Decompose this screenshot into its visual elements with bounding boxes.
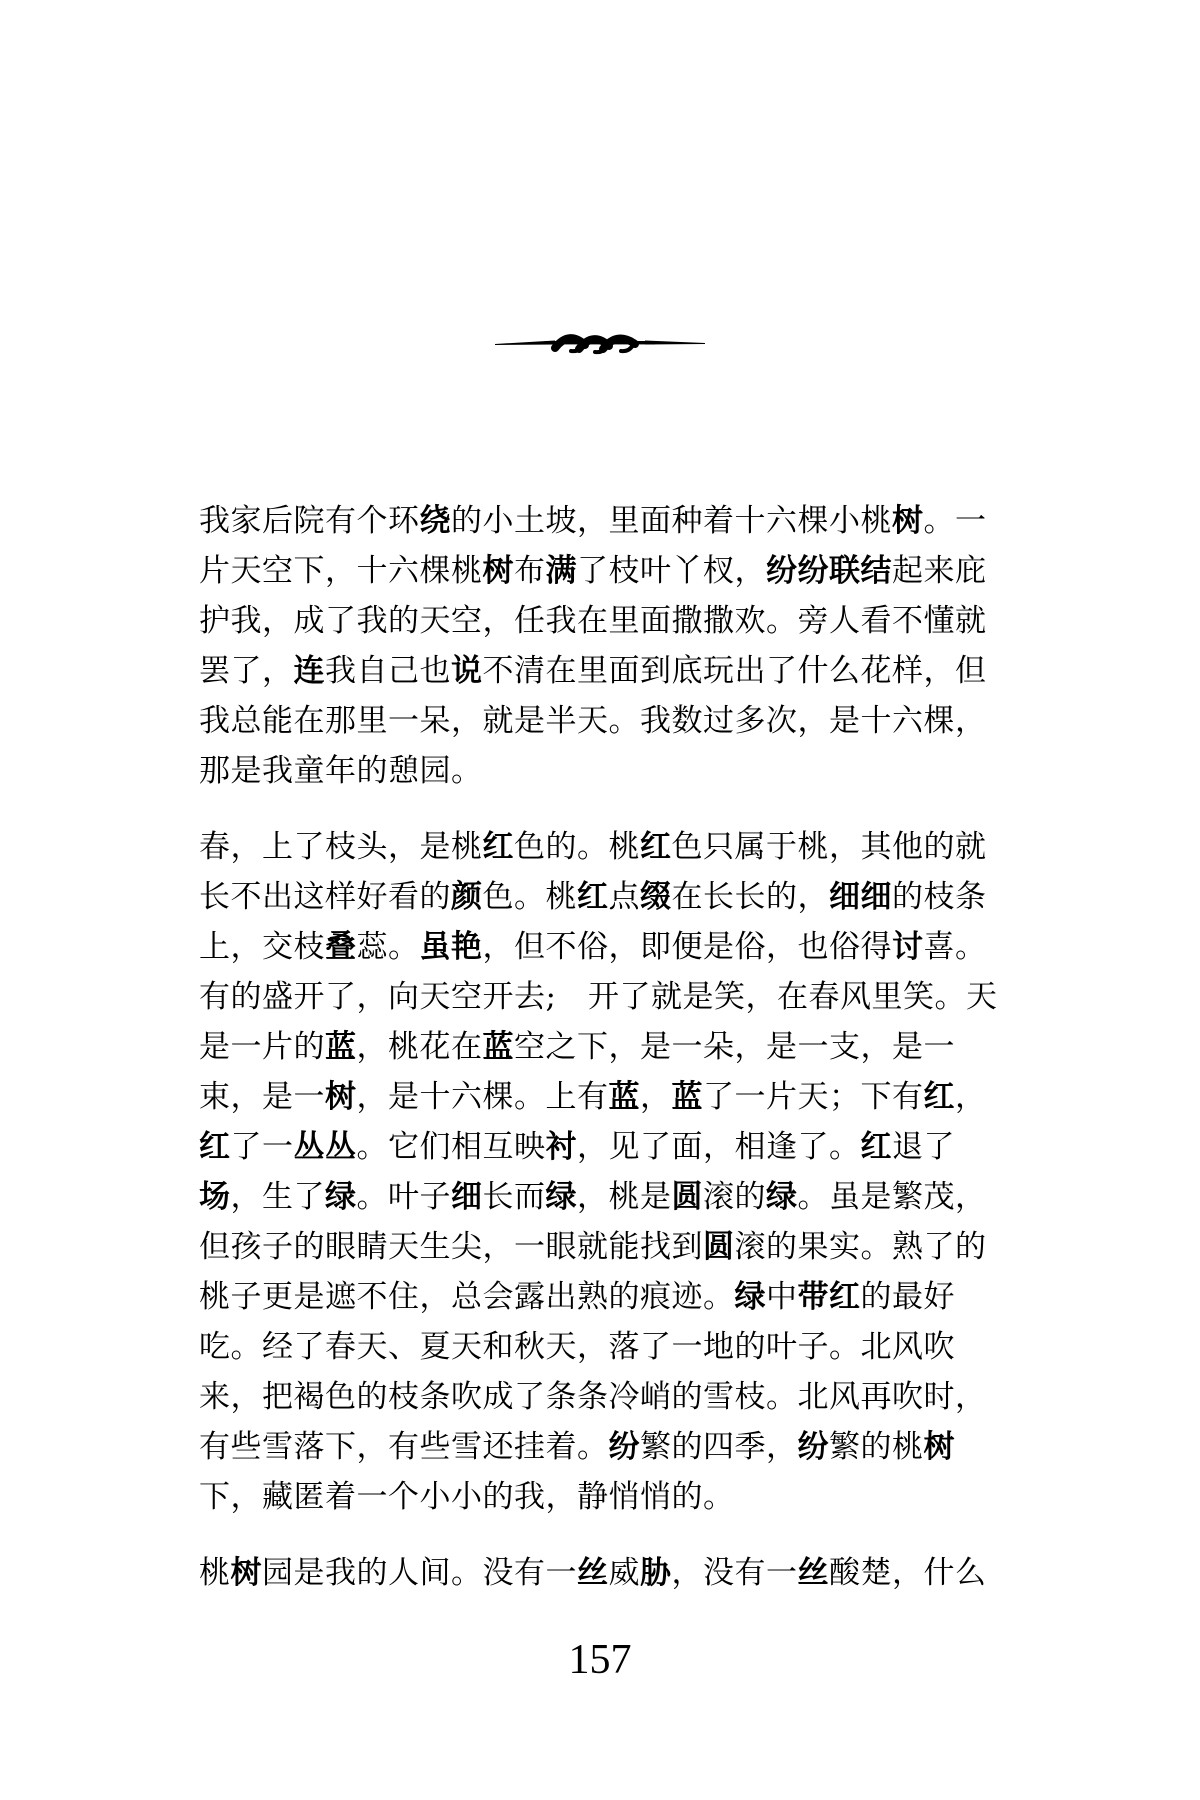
text-segment: ， bbox=[955, 1079, 987, 1115]
text-segment: 长而 bbox=[483, 1179, 546, 1215]
text-segment: 滚的 bbox=[703, 1179, 766, 1215]
text-segment: 那是我童年的憩园。 bbox=[199, 753, 483, 789]
rope-divider-icon bbox=[495, 328, 705, 358]
text-segment-bold: 讨 bbox=[892, 929, 924, 965]
text-segment: 威 bbox=[609, 1555, 641, 1591]
text-segment: 片天空下，十六棵桃 bbox=[199, 553, 483, 589]
text-segment: ，桃花在 bbox=[357, 1029, 483, 1065]
text-segment-bold: 绿 bbox=[546, 1179, 578, 1215]
text-segment-bold: 红 bbox=[577, 879, 609, 915]
text-segment: 起来庇 bbox=[892, 553, 987, 589]
text-segment: 我自己也 bbox=[325, 653, 451, 689]
text-segment-bold: 绕 bbox=[420, 503, 452, 539]
text-segment: 有些雪落下，有些雪还挂着。 bbox=[199, 1429, 609, 1465]
text-segment: ，生了 bbox=[231, 1179, 326, 1215]
text-segment-bold: 细细 bbox=[829, 879, 892, 915]
text-segment-bold: 树 bbox=[483, 553, 515, 589]
text-segment: 我总能在那里一呆，就是半天。我数过多次，是十六棵， bbox=[199, 703, 987, 739]
text-segment-bold: 丝 bbox=[798, 1555, 830, 1591]
text-segment: ，但不俗，即便是俗，也俗得 bbox=[483, 929, 893, 965]
text-segment: ，见了面，相逢了。 bbox=[577, 1129, 861, 1165]
text-segment: 了一 bbox=[231, 1129, 294, 1165]
text-segment-bold: 红 bbox=[861, 1129, 893, 1165]
text-segment-bold: 带红 bbox=[798, 1279, 861, 1315]
text-segment: 上，交枝 bbox=[199, 929, 325, 965]
text-segment-bold: 细 bbox=[451, 1179, 483, 1215]
text-segment: 繁的四季， bbox=[640, 1429, 798, 1465]
text-segment-bold: 丛丛 bbox=[294, 1129, 357, 1165]
text-segment: 园是我的人间。没有一 bbox=[262, 1555, 577, 1591]
text-segment-bold: 红 bbox=[924, 1079, 956, 1115]
text-segment: 不清在里面到底玩出了什么花样，但 bbox=[483, 653, 987, 689]
text-segment: 色的。桃 bbox=[514, 829, 640, 865]
text-segment: 繁的桃 bbox=[829, 1429, 924, 1465]
text-segment: ，是十六棵。上有 bbox=[357, 1079, 609, 1115]
text-segment: ， bbox=[640, 1079, 672, 1115]
text-segment: ，桃是 bbox=[577, 1179, 672, 1215]
text-segment: 蕊。 bbox=[357, 929, 420, 965]
text-segment-bold: 纷 bbox=[609, 1429, 641, 1465]
text-segment: 护我，成了我的天空，任我在里面撒撒欢。旁人看不懂就 bbox=[199, 603, 987, 639]
text-segment: 。叶子 bbox=[357, 1179, 452, 1215]
text-segment-bold: 树 bbox=[231, 1555, 263, 1591]
text-segment-bold: 蓝 bbox=[325, 1029, 357, 1065]
text-segment: 点 bbox=[609, 879, 641, 915]
text-segment: 来，把褐色的枝条吹成了条条冷峭的雪枝。北风再吹时， bbox=[199, 1379, 987, 1415]
paragraph: 春，上了枝头，是桃红色的。桃红色只属于桃，其他的就长不出这样好看的颜色。桃红点缀… bbox=[199, 822, 1011, 1522]
text-segment: 春，上了枝头，是桃 bbox=[199, 829, 483, 865]
text-segment: 的小土坡，里面种着十六棵小桃 bbox=[451, 503, 892, 539]
text-segment-bold: 颜 bbox=[451, 879, 483, 915]
text-segment-bold: 绿 bbox=[735, 1279, 767, 1315]
text-segment-bold: 虽艳 bbox=[420, 929, 483, 965]
text-segment: 下，藏匿着一个小小的我，静悄悄的。 bbox=[199, 1479, 735, 1515]
text-segment: 。虽是繁茂， bbox=[798, 1179, 987, 1215]
text-segment-bold: 场 bbox=[199, 1179, 231, 1215]
text-segment-bold: 胁 bbox=[640, 1555, 672, 1591]
text-segment-bold: 红 bbox=[640, 829, 672, 865]
page-number: 157 bbox=[0, 1636, 1200, 1684]
text-segment: 空之下，是一朵，是一支，是一 bbox=[514, 1029, 955, 1065]
text-segment-bold: 树 bbox=[924, 1429, 956, 1465]
text-segment: 有的盛开了，向天空开去; 开了就是笑，在春风里笑。天 bbox=[199, 979, 997, 1015]
text-segment: 但孩子的眼睛天生尖，一眼就能找到 bbox=[199, 1229, 703, 1265]
text-segment: 了枝叶丫杈， bbox=[577, 553, 766, 589]
text-segment: 我家后院有个环 bbox=[199, 503, 420, 539]
text-segment-bold: 丝 bbox=[577, 1555, 609, 1591]
text-segment: 长不出这样好看的 bbox=[199, 879, 451, 915]
text-segment-bold: 蓝 bbox=[672, 1079, 704, 1115]
text-segment: 中 bbox=[766, 1279, 798, 1315]
text-segment: 桃子更是遮不住，总会露出熟的痕迹。 bbox=[199, 1279, 735, 1315]
text-segment: 布 bbox=[514, 553, 546, 589]
text-segment-bold: 绿 bbox=[325, 1179, 357, 1215]
text-segment: 色只属于桃，其他的就 bbox=[672, 829, 987, 865]
text-segment-bold: 衬 bbox=[546, 1129, 578, 1165]
text-segment: 。一 bbox=[924, 503, 987, 539]
text-segment-bold: 蓝 bbox=[609, 1079, 641, 1115]
text-segment: 束，是一 bbox=[199, 1079, 325, 1115]
text-segment-bold: 说 bbox=[451, 653, 483, 689]
text-segment-bold: 纷 bbox=[798, 1429, 830, 1465]
text-segment: ，没有一 bbox=[672, 1555, 798, 1591]
text-segment: 吃。经了春天、夏天和秋天，落了一地的叶子。北风吹 bbox=[199, 1329, 955, 1365]
text-segment-bold: 树 bbox=[325, 1079, 357, 1115]
text-segment: 是一片的 bbox=[199, 1029, 325, 1065]
text-segment-bold: 树 bbox=[892, 503, 924, 539]
book-page: 我家后院有个环绕的小土坡，里面种着十六棵小桃树。一片天空下，十六棵桃树布满了枝叶… bbox=[0, 0, 1200, 1800]
text-segment: 滚的果实。熟了的 bbox=[735, 1229, 987, 1265]
text-segment-bold: 满 bbox=[546, 553, 578, 589]
text-segment-bold: 红 bbox=[483, 829, 515, 865]
text-segment: 。它们相互映 bbox=[357, 1129, 546, 1165]
text-segment-bold: 叠 bbox=[325, 929, 357, 965]
paragraph: 我家后院有个环绕的小土坡，里面种着十六棵小桃树。一片天空下，十六棵桃树布满了枝叶… bbox=[199, 496, 1011, 796]
text-segment-bold: 绿 bbox=[766, 1179, 798, 1215]
text-segment: 色。桃 bbox=[483, 879, 578, 915]
text-segment-bold: 蓝 bbox=[483, 1029, 515, 1065]
text-segment-bold: 红 bbox=[199, 1129, 231, 1165]
text-segment: 退了 bbox=[892, 1129, 955, 1165]
text-segment-bold: 缀 bbox=[640, 879, 672, 915]
paragraph: 桃树园是我的人间。没有一丝威胁，没有一丝酸楚，什么 bbox=[199, 1548, 1011, 1598]
text-segment: 在长长的， bbox=[672, 879, 830, 915]
text-segment: 罢了， bbox=[199, 653, 294, 689]
text-segment: 喜。 bbox=[924, 929, 987, 965]
text-block: 我家后院有个环绕的小土坡，里面种着十六棵小桃树。一片天空下，十六棵桃树布满了枝叶… bbox=[199, 496, 1011, 1624]
text-segment: 桃 bbox=[199, 1555, 231, 1591]
text-segment-bold: 圆 bbox=[672, 1179, 704, 1215]
text-segment: 的最好 bbox=[861, 1279, 956, 1315]
text-segment: 酸楚，什么 bbox=[829, 1555, 987, 1591]
text-segment-bold: 连 bbox=[294, 653, 326, 689]
text-segment-bold: 圆 bbox=[703, 1229, 735, 1265]
text-segment-bold: 纷纷联结 bbox=[766, 553, 892, 589]
text-segment: 的枝条 bbox=[892, 879, 987, 915]
text-segment: 了一片天；下有 bbox=[703, 1079, 924, 1115]
